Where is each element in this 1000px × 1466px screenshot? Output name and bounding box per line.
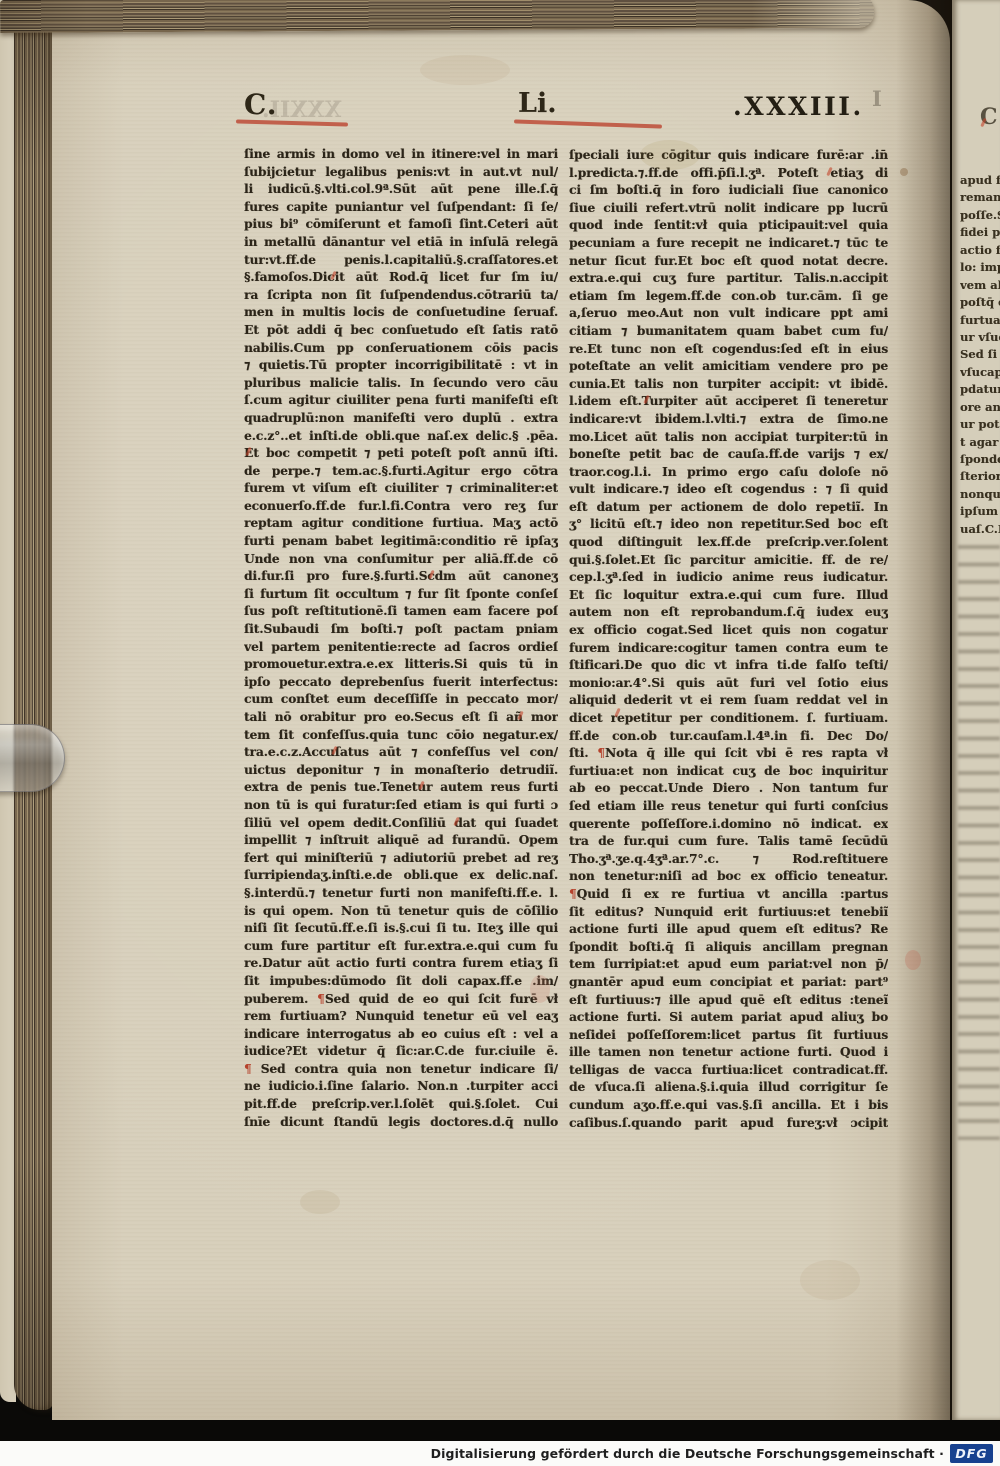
text-line: de perpe.⁊ tem.ac.§.furti.Agitur ergo cō… <box>244 463 558 481</box>
text-line: ſine armis in domo vel in itinere:vel in… <box>244 146 558 164</box>
text-line: li iudicū.§.vlti.col.9ª.Sūt aūt pene ill… <box>244 181 558 199</box>
glass-page-clamp <box>0 724 65 792</box>
text-line: vſucaper <box>960 364 1000 381</box>
text-line: promouetur.extra.e.ex litteris.Si quis t… <box>244 656 558 674</box>
text-line: Unde non vna conſumitur per aliā.ff.de c… <box>244 551 558 569</box>
text-line: actio fur <box>960 242 1000 259</box>
text-line: apud fur <box>960 172 1000 189</box>
folio-number: .XXXIII. <box>733 92 864 121</box>
text-line: eſt datum per actionem de dolo repetiĩ. … <box>569 499 888 517</box>
text-line: cum fure partitur eſt fur.extra.e.qui cu… <box>244 938 558 956</box>
text-line: furem vt viſum eſt ciuiliter ⁊ criminali… <box>244 480 558 498</box>
text-line: ſti. ¶Nota q̄ ille qui ſcit vbi ē res ra… <box>569 745 888 763</box>
text-line: e.c.z°..et inſti.de obli.que naſ.ex deli… <box>244 428 558 446</box>
text-line: actione furti ille apud quem eſt editus?… <box>569 921 888 939</box>
text-line: traor.cog.l.i. In primo ergo caſu doloſe… <box>569 464 888 482</box>
text-line: uictus deponitur ⁊ in monaſterio detrudi… <box>244 762 558 780</box>
text-line: ipſum no <box>960 503 1000 520</box>
text-line: fures capite puniantur vel ſuſpendant: ſ… <box>244 199 558 217</box>
text-line: non tenetur:niſi ad boc ex officio tenea… <box>569 868 888 886</box>
text-line: boneſte petit bac de cauſa.ff.de varijs … <box>569 446 888 464</box>
text-line: §.famoſos.Dicit aūt Rod.q̄ licet fur ſm … <box>244 269 558 287</box>
text-line: tra.e.c.z.Accuſatus aūt ⁊ confeſſus vel … <box>244 744 558 762</box>
text-line: eſt furtiuus:⁊ ille apud quē eſt editus … <box>569 992 888 1010</box>
facing-text-blurred <box>958 545 1000 1140</box>
text-line: quadruplū:non manifeſti vero duplū . ext… <box>244 410 558 428</box>
text-line: Et boc competit ⁊ peti poteſt poſt annū … <box>244 445 558 463</box>
text-line: §.interdū.⁊ tenetur furti non manifeſti.… <box>244 885 558 903</box>
text-line: puberem. ¶Sed quid de eo qui ſcit furē v… <box>244 991 558 1009</box>
text-line: netur ſicut fur.Et boc eſt quod notat de… <box>569 253 888 271</box>
text-line: furti penam babet legitimā:conditio rē i… <box>244 533 558 551</box>
text-line: tali nō orabitur pro eo.Secus eſt ſi añ … <box>244 709 558 727</box>
text-line: poſtq̄ co <box>960 294 1000 311</box>
text-line: ſnīe dicunt ſtandū legis doctores.d.q̄ n… <box>244 1114 558 1132</box>
text-line: ⁊ quietis.Tū propter incorrigibilitatē :… <box>244 357 558 375</box>
text-line: vem alic <box>960 277 1000 294</box>
text-line: ſubijcietur legalibus penis:vt in aut.vt… <box>244 164 558 182</box>
text-line: ne iudicio.i.ſine ſalario. Non.n .turpit… <box>244 1078 558 1096</box>
text-line: indicare:vt ibidem.l.vlti.⁊ extra de ſim… <box>569 411 888 429</box>
text-line: telligas de vacca furtiua:licet contradi… <box>569 1062 888 1080</box>
text-line: pluribus malicie talis. In ſecundo vero … <box>244 375 558 393</box>
text-line: t agar <box>960 434 1000 451</box>
text-line: qui.§.ſolet.Et ſic parcitur amicitie. ff… <box>569 552 888 570</box>
text-line: cundum aʒo.ff.e.qui vas.§.ſi ancilla. Et… <box>569 1097 888 1115</box>
text-line: ſit.Subaudi ſm boſti.⁊ poſt pactam pniam <box>244 621 558 639</box>
book-page-edges-top <box>0 0 874 33</box>
book-page-scan: C apud furremanerepoſſe.Sfidei poſſactio… <box>0 0 1000 1420</box>
stain <box>800 1260 860 1300</box>
text-line: l.idem eſt.Turpiter aūt acciperet ſi ten… <box>569 393 888 411</box>
stain <box>905 950 921 970</box>
text-line: ſed etiam ille reus tenetur qui furti co… <box>569 798 888 816</box>
text-line: ſiue ciuili refert.vtrū nolit indicare p… <box>569 200 888 218</box>
facing-page-sliver: C apud furremanerepoſſe.Sfidei poſſactio… <box>952 0 1000 1420</box>
text-line: etiam ſm legem.ff.de con.ob tur.cām. ſi … <box>569 288 888 306</box>
text-line: ur vſuca <box>960 329 1000 346</box>
header-center-mark: Li. <box>518 88 557 119</box>
text-line: ¶ Sed contra quia non tenetur indicare ſ… <box>244 1061 558 1079</box>
text-line: a,ſeruo meo.Aut non vult indicare ppt am… <box>569 305 888 323</box>
text-line: pecuniam a fure recepit ne indicaret.⁊ t… <box>569 235 888 253</box>
text-line: ur poteſ <box>960 416 1000 433</box>
text-line: gnantēr apud eum concipiat et pariat: pa… <box>569 974 888 992</box>
text-line: nonqua <box>960 486 1000 503</box>
text-line: extra.e.qui cuʒ fure partitur. Talis.n.a… <box>569 270 888 288</box>
text-line: tra de fur.qui cum fure. Talis tamē ſecū… <box>569 833 888 851</box>
header-trailing-mark: I <box>872 86 882 111</box>
text-line: tem ſurripiat:et apud eum pariat:vel non… <box>569 956 888 974</box>
text-line: extra de penis tue.Tenetur autem reus fu… <box>244 779 558 797</box>
text-line: in metallū dānantur vel etiā in inſulā r… <box>244 234 558 252</box>
text-line: ſurripiendaʒ.inſti.e.de obli.que ex deli… <box>244 867 558 885</box>
text-line: tem ſit confeſſus.quia tunc cōio negatur… <box>244 727 558 745</box>
text-line: fidei poſſ <box>960 224 1000 241</box>
text-line: autem non eſt reprobandum.ſ.q̄ iudex euʒ <box>569 604 888 622</box>
text-line: ſiliū vel opem dedit.Conſiliū dat qui ſu… <box>244 815 558 833</box>
text-line: l.predicta.⁊.ff.de offi.p̄ſi.l.ʒª. Poteſ… <box>569 165 888 183</box>
text-line: ʒ° licitū eſt.⁊ ideo non repetitur.Sed b… <box>569 516 888 534</box>
text-line: ex officio cogat.Sed licet quis non coga… <box>569 622 888 640</box>
text-line: indicare interrogatus ab eo cuius eſt : … <box>244 1026 558 1044</box>
text-line: mo.Licet aūt talis non accipiat turpiter… <box>569 429 888 447</box>
text-line: non tū is qui furatur:ſed etiam is qui f… <box>244 797 558 815</box>
text-line: ſit editus? Nunquid erit furtiuus:et ten… <box>569 904 888 922</box>
text-line: ipſo peccato deprebenſus fuerit interfec… <box>244 674 558 692</box>
text-line: Tho.ʒª.ʒe.q.4ʒª.ar.7°.c. ⁊ Rod.reſtituer… <box>569 851 888 869</box>
text-line: ſponde <box>960 451 1000 468</box>
text-line: ſpeciali iure cōgitur quis indicare furē… <box>569 147 888 165</box>
text-line: ff.de con.ob tur.cauſam.l.4ª.in fi. Dec … <box>569 728 888 746</box>
text-line: pius bi⁹ cōmiſerunt et famoſi ſint.Ceter… <box>244 216 558 234</box>
text-line: ab eo peccat.Unde Diero . Non tantum fur <box>569 780 888 798</box>
text-line: ſus poſt reſtitutionē.ſi tamen eam facer… <box>244 603 558 621</box>
stain <box>420 55 510 85</box>
text-line: ſpondit boſti.q̄ ſi aliquis ancillam pre… <box>569 939 888 957</box>
text-line: fert qui miniſteriū ⁊ adiutoriū prebet a… <box>244 850 558 868</box>
text-line: vel partem penitentie:recte ad ſacros or… <box>244 639 558 657</box>
text-line: quod inde ſentit:vł quia pticipauit:vel … <box>569 217 888 235</box>
text-line: caſibus.ſ.quando parit apud fureʒ:vł ɔci… <box>569 1115 888 1133</box>
text-line: Et ſic loquitur extra.e.qui cum fure. Il… <box>569 587 888 605</box>
stain <box>530 975 550 1003</box>
text-line: ra ſcripta non ſit ſuſpendendus.cōtrariū… <box>244 287 558 305</box>
text-line: de vſuca.ſi aliena.§.i.quia illud corrig… <box>569 1079 888 1097</box>
text-line: di.fur.ſi pro fure.§.furti.Scdm aūt cano… <box>244 568 558 586</box>
text-line: impellit ⁊ inſtruit aliquē ad furandū. O… <box>244 832 558 850</box>
text-line: quod diſtinguit lex.ff.de preſcrip.ver.ſ… <box>569 534 888 552</box>
header-left-mark: C. <box>244 88 278 121</box>
text-line: lo: impe <box>960 259 1000 276</box>
text-line: ſterior <box>960 468 1000 485</box>
digitization-credit-bar: Digitalisierung gefördert durch die Deut… <box>0 1441 1000 1466</box>
text-line: reptam agitur conditione furtiua. Maʒ ac… <box>244 515 558 533</box>
text-line: cep.l.ʒª.ſed in iudicio anime reus iudic… <box>569 569 888 587</box>
text-line: ore ancil <box>960 399 1000 416</box>
text-line: tur:vt.ff.de penis.l.capitaliū.§.craſſat… <box>244 252 558 270</box>
text-line: furem indicare:cogitur tamen contra eum … <box>569 640 888 658</box>
text-line: pit.ff.de preſcrip.ver.l.ſolēt qui.§.ſol… <box>244 1096 558 1114</box>
text-line: re.Et tunc non eſt cogendus:ſed eſt in e… <box>569 341 888 359</box>
text-line: re.Datur aūt actio furti contra furem et… <box>244 955 558 973</box>
text-line: men in multis locis de conſuetudine ſeru… <box>244 304 558 322</box>
text-line: Et pōt addi q̄ bec conſuetudo eſt ſatis … <box>244 322 558 340</box>
text-line: remanere <box>960 189 1000 206</box>
text-line: actione furti. Si autem pariat apud aliu… <box>569 1009 888 1027</box>
text-line: ſtificari.De quo dic vt infra ti.de falſ… <box>569 657 888 675</box>
text-line: rem furtiuam? Nunquid tenetur eū vel eaʒ <box>244 1008 558 1026</box>
text-line: ſit impubes:dūmodo ſit doli capax.ff.e .… <box>244 973 558 991</box>
text-line: econuerſo.ff.de fur.l.fi.Contra vero reʒ… <box>244 498 558 516</box>
text-line: is qui opem. Non tū tenetur quis de cōſi… <box>244 903 558 921</box>
text-column-left: ſine armis in domo vel in itinere:vel in… <box>244 146 558 1131</box>
text-line: monio:ar.4°.Si quis aūt furi vel ſotio e… <box>569 675 888 693</box>
facing-text-fragments: apud furremanerepoſſe.Sfidei poſſactio f… <box>960 172 1000 538</box>
text-line: nabilis.Cum pp conſeruationem cōis pacis <box>244 340 558 358</box>
text-line: Sed ſi an <box>960 346 1000 363</box>
stain <box>640 140 700 170</box>
credit-text: Digitalisierung gefördert durch die Deut… <box>431 1441 944 1466</box>
text-line: ſ.cum agitur ciuiliter pena furti manife… <box>244 392 558 410</box>
text-line: neſidei poſſeſſorem:licet partus ſit fur… <box>569 1027 888 1045</box>
text-line: poteſtate an velit amicitiam vendere pro… <box>569 358 888 376</box>
text-line: ¶Quid ſi ex re furtiua vt ancilla :partu… <box>569 886 888 904</box>
text-line: furtiua:et non indicat cuʒ de boc inquir… <box>569 763 888 781</box>
book-page-edges-left <box>14 0 54 1410</box>
text-column-right: ſpeciali iure cōgitur quis indicare furē… <box>569 147 888 1132</box>
stain <box>300 1190 340 1214</box>
text-line: vult indicare.⁊ ideo eſt cogendus : ⁊ ſi… <box>569 481 888 499</box>
scan-background-band <box>0 1420 1000 1441</box>
text-line: cunia.Et talis non turpiter accipit: vt … <box>569 376 888 394</box>
text-line: iudice?Et videtur q̄ ſic:ar.C.de fur.ciu… <box>244 1043 558 1061</box>
dfg-logo: DFG <box>950 1444 993 1463</box>
text-line: furtuam <box>960 312 1000 329</box>
text-line: pdatur v <box>960 381 1000 398</box>
gutter-shadow <box>896 0 952 1420</box>
text-line: ſi furtum ſit occultum ⁊ fur ſit ſponte … <box>244 586 558 604</box>
text-line: cum conſtet eum deceſſiſſe in peccato mo… <box>244 691 558 709</box>
text-line: niſi ſit ſecutū.ff.e.ſi is.§.cui ſi tu. … <box>244 920 558 938</box>
text-line: poſſe.S <box>960 207 1000 224</box>
text-line: citiam ⁊ bumanitatem quam babet cum fu/ <box>569 323 888 341</box>
stain <box>900 168 908 176</box>
text-line: querente poſſeſſore.i.domino nō indicat.… <box>569 816 888 834</box>
text-line: ci ſm boſti.q̄ in foro iudiciali ſiue ca… <box>569 182 888 200</box>
text-line: ille tamen non tenetur actione furti. Qu… <box>569 1044 888 1062</box>
text-line: uaſ.C.P <box>960 521 1000 538</box>
